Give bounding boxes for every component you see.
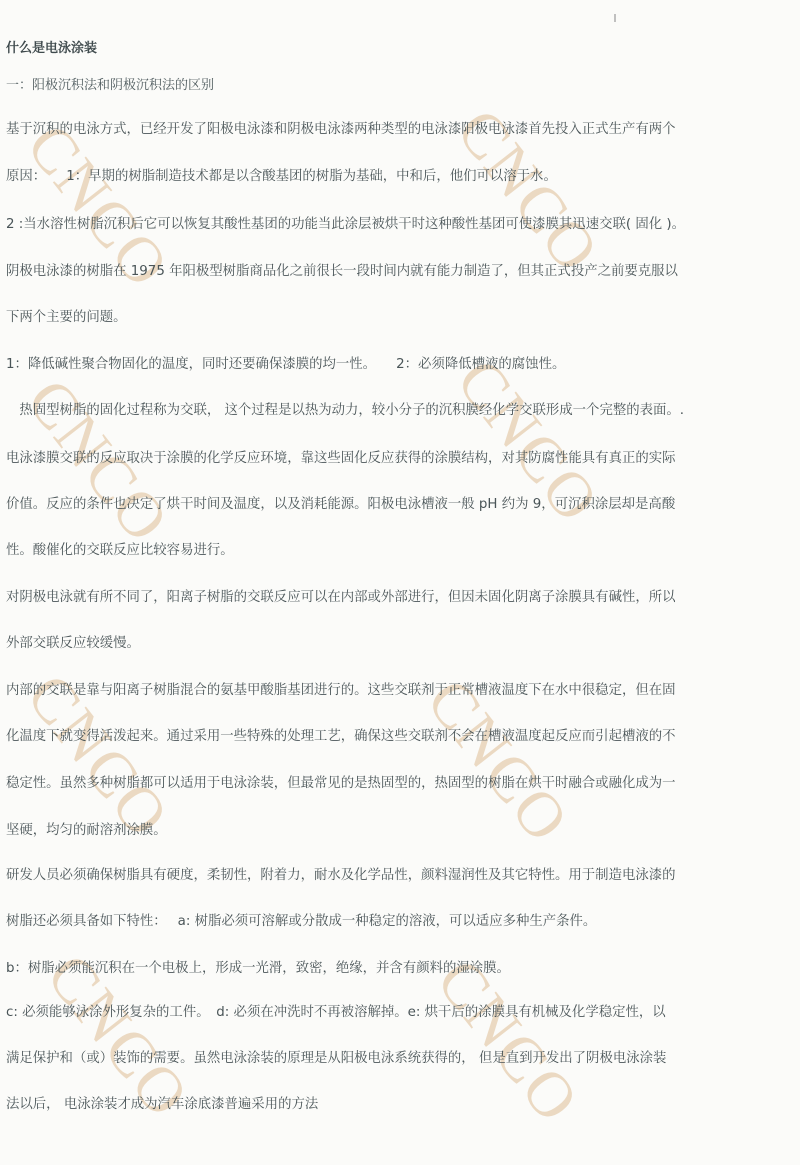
text-line: 内部的交联是靠与阳离子树脂混合的氨基甲酸脂基团进行的。这些交联剂于正常槽液温度下…: [6, 682, 676, 700]
text-line: 1：降低碱性聚合物固化的温度，同时还要确保漆膜的均一性。 2：必须降低槽液的腐蚀…: [6, 356, 565, 374]
text-line: 法以后， 电泳涂装才成为汽车涂底漆普遍采用的方法: [6, 1096, 318, 1114]
text-line: 树脂还必须具备如下特性： a: 树脂必须可溶解或分散成一种稳定的溶液，可以适应多…: [6, 913, 596, 931]
text-line: 化温度下就变得活泼起来。通过采用一些特殊的处理工艺，确保这些交联剂不会在槽液温度…: [6, 728, 676, 746]
text-line: 满足保护和（或）装饰的需要。虽然电泳涂装的原理是从阳极电泳系统获得的， 但是直到…: [6, 1050, 666, 1068]
text-line: 下两个主要的问题。: [6, 309, 127, 327]
text-line: 基于沉积的电泳方式，已经开发了阳极电泳漆和阴极电泳漆两种类型的电泳漆阳极电泳漆首…: [6, 121, 676, 139]
scan-speck: [614, 14, 616, 22]
text-line: 原因： 1：早期的树脂制造技术都是以含酸基团的树脂为基础，中和后，他们可以溶于水…: [6, 168, 557, 186]
document-title: 什么是电泳涂装: [6, 40, 97, 58]
text-line: 稳定性。虽然多种树脂都可以适用于电泳涂装，但最常见的是热固型的，热固型的树脂在烘…: [6, 775, 676, 793]
text-line: b：树脂必须能沉积在一个电极上，形成一光滑，致密，绝缘，并含有颜料的湿涂膜。: [6, 960, 510, 978]
text-line: 2 :当水溶性树脂沉积后它可以恢复其酸性基团的功能当此涂层被烘干时这种酸性基团可…: [6, 216, 685, 234]
text-line: 对阴极电泳就有所不同了，阳离子树脂的交联反应可以在内部或外部进行，但因未固化阴离…: [6, 589, 676, 607]
text-line: c: 必须能够泳涂外形复杂的工件。 d: 必须在冲洗时不再被溶解掉。e: 烘干后…: [6, 1004, 666, 1022]
text-line: 电泳漆膜交联的反应取决于涂膜的化学反应环境，靠这些固化反应获得的涂膜结构，对其防…: [6, 450, 676, 468]
text-line: 价值。反应的条件也决定了烘干时间及温度，以及消耗能源。阳极电泳槽液一般 pH 约…: [6, 496, 675, 514]
text-line: 阴极电泳漆的树脂在 1975 年阳极型树脂商品化之前很长一段时间内就有能力制造了…: [6, 263, 678, 281]
text-line: 研发人员必须确保树脂具有硬度，柔韧性，附着力，耐水及化学品性，颜料湿润性及其它特…: [6, 867, 676, 885]
section-heading: 一：阳极沉积法和阴极沉积法的区别: [6, 77, 214, 95]
text-line: 热固型树脂的固化过程称为交联， 这个过程是以热为动力，较小分子的沉积膜经化学交联…: [6, 402, 684, 420]
text-line: 外部交联反应较缓慢。: [6, 635, 140, 653]
text-line: 性。酸催化的交联反应比较容易进行。: [6, 542, 234, 560]
text-line: 坚硬，均匀的耐溶剂涂膜。: [6, 822, 167, 840]
